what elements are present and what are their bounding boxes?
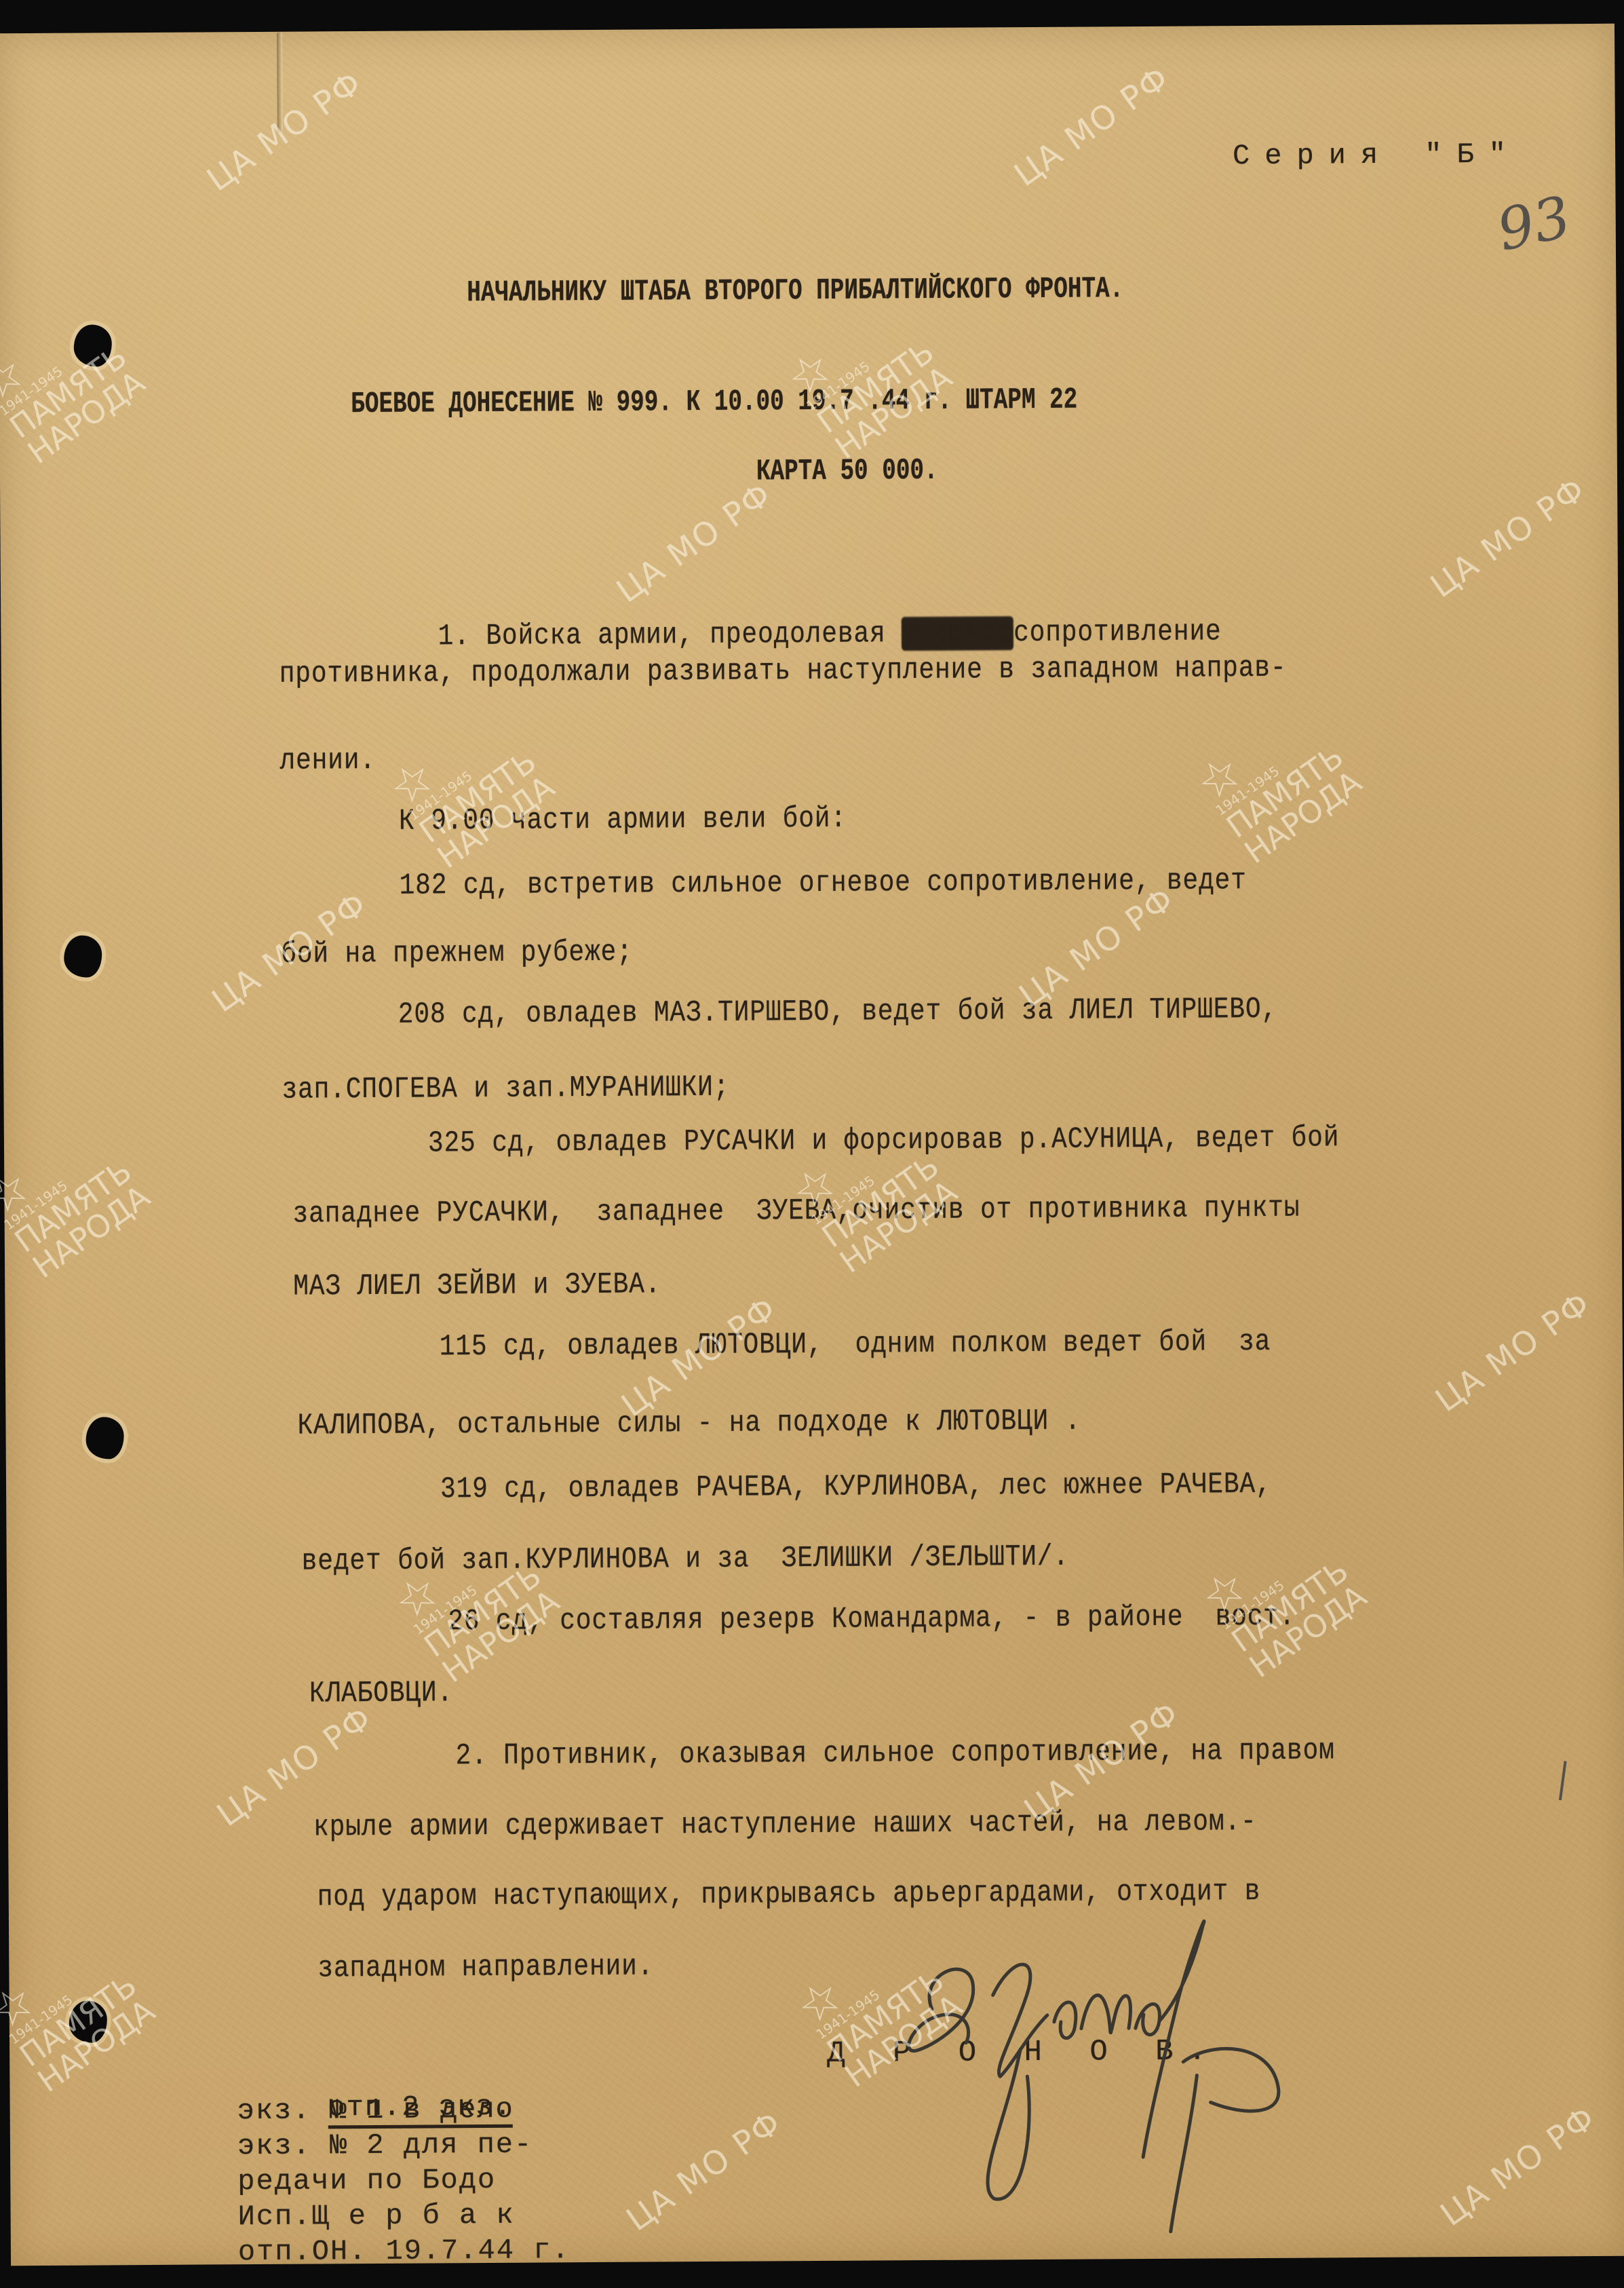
watermark-project: ☆ 1941-1945 ПАМЯТЬ НАРОДА xyxy=(1195,1510,1372,1683)
watermark-project: ☆ 1941-1945 ПАМЯТЬ НАРОДА xyxy=(387,1515,564,1688)
binding-hole xyxy=(69,2000,107,2042)
watermark-project: ☆ 1941-1945 ПАМЯТЬ НАРОДА xyxy=(780,291,957,464)
body-line: 325 сд, овладев РУСАЧКИ и форсировав р.А… xyxy=(428,1121,1340,1160)
watermark-project: ☆ 1941-1945 ПАМЯТЬ НАРОДА xyxy=(1190,695,1367,869)
footer-note-line: редачи по Бодо xyxy=(237,2164,496,2198)
watermark-line2: НАРОДА xyxy=(21,364,151,471)
body-line: 26 сд, составляя резерв Командарма, - в … xyxy=(448,1600,1295,1639)
watermark-years: 1941-1945 xyxy=(1214,729,1331,818)
watermark-archive: ЦА МО РФ xyxy=(1007,58,1176,194)
binding-hole xyxy=(74,324,112,366)
body-line: К 9.00 части армии вели бой: xyxy=(399,802,847,839)
body-line: бой на прежнем рубеже; xyxy=(281,936,633,972)
body-line: 319 сд, овладев РАЧЕВА, КУРЛИНОВА, лес ю… xyxy=(440,1468,1272,1506)
watermark-archive: ЦА МО РФ xyxy=(619,2103,788,2239)
paper-tear xyxy=(277,32,283,134)
body-line: зап.СПОГЕВА и зап.МУРАНИШКИ; xyxy=(282,1071,729,1107)
body-line: противника, продолжали развивать наступл… xyxy=(279,651,1287,691)
watermark-project: ☆ 1941-1945 ПАМЯТЬ НАРОДА xyxy=(0,296,150,469)
body-line: 182 сд, встретив сильное огневое сопроти… xyxy=(400,864,1247,903)
star-icon: ☆ xyxy=(383,701,516,812)
body-line: западнее РУСАЧКИ, западнее ЗУЕВА,очистив… xyxy=(292,1191,1300,1232)
series-label: Серия "Б" xyxy=(1233,138,1521,173)
body-line: 115 сд, овладев ЛЮТОВЦИ, одним полком ве… xyxy=(440,1325,1271,1364)
footer-note-line: экз. № 2 для пе- xyxy=(237,2129,533,2163)
report-heading: БОЕВОЕ ДОНЕСЕНИЕ № 999. К 10.00 19.7 .44… xyxy=(351,383,1077,422)
watermark-line1: ПАМЯТЬ xyxy=(3,338,133,445)
document-page: Серия "Б" 93 НАЧАЛЬНИКУ ШТАБА ВТОРОГО ПР… xyxy=(0,24,1624,2266)
body-text: 1. Войска армии, преодолевая xyxy=(438,617,902,653)
watermark-archive: ЦА МО РФ xyxy=(1433,2099,1602,2234)
watermark-archive: ЦА МО РФ xyxy=(1424,470,1593,606)
binding-hole xyxy=(85,1417,123,1459)
body-line: МАЗ ЛИЕЛ ЗЕЙВИ и ЗУЕВА. xyxy=(293,1267,661,1303)
pencil-mark xyxy=(1559,1761,1567,1800)
footer-note-line: экз. № 1 в дело xyxy=(237,2093,514,2127)
addressee: НАЧАЛЬНИКУ ШТАБА ВТОРОГО ПРИБАЛТИЙСКОГО … xyxy=(467,272,1123,310)
body-line: КАЛИПОВА, остальные силы - на подходе к … xyxy=(297,1405,1081,1443)
body-line: западном направлении. xyxy=(317,1949,653,1985)
page-number-pencil: 93 xyxy=(1491,183,1576,264)
footer-note-line: Исп.Щ е р б а к xyxy=(237,2199,514,2233)
star-icon: ☆ xyxy=(0,1110,111,1221)
watermark-line2: НАРОДА xyxy=(26,1178,156,1285)
watermark-project: ☆ 1941-1945 ПАМЯТЬ НАРОДА xyxy=(0,1110,155,1283)
body-line: 208 сд, овладев МАЗ.ТИРШЕВО, ведет бой з… xyxy=(398,993,1278,1032)
body-line: крыле армии сдерживает наступление наших… xyxy=(313,1805,1257,1844)
watermark-archive: ЦА МО РФ xyxy=(1429,1284,1598,1420)
binding-hole xyxy=(64,935,102,977)
watermark-line1: ПАМЯТЬ xyxy=(1220,738,1350,845)
body-line: 2. Противник, оказывая сильное сопротивл… xyxy=(455,1734,1335,1773)
watermark-project: ☆ 1941-1945 ПАМЯТЬ НАРОДА xyxy=(383,701,560,874)
watermark-years: 1941-1945 xyxy=(1,1143,119,1232)
body-line: КЛАБОВЦИ. xyxy=(309,1676,453,1711)
body-line: ведет бой зап.КУРЛИНОВА и за ЗЕЛИШКИ /ЗЕ… xyxy=(302,1540,1070,1579)
struck-out-word: упорное xyxy=(902,616,1013,651)
watermark-line1: ПАМЯТЬ xyxy=(8,1152,138,1259)
map-scale: КАРТА 50 000. xyxy=(756,454,938,489)
watermark-years: 1941-1945 xyxy=(7,1958,124,2046)
body-line: под ударом наступающих, прикрываясь арье… xyxy=(317,1875,1261,1914)
footer-note-line: отп.ОН. 19.7.44 г. xyxy=(238,2234,571,2268)
body-text: сопротивление xyxy=(1013,615,1222,650)
watermark-line2: НАРОДА xyxy=(1238,763,1368,871)
watermark-archive: ЦА МО РФ xyxy=(200,64,369,199)
handwritten-signature xyxy=(891,1911,1368,2253)
body-line: лении. xyxy=(279,744,376,778)
star-icon: ☆ xyxy=(1190,695,1323,806)
